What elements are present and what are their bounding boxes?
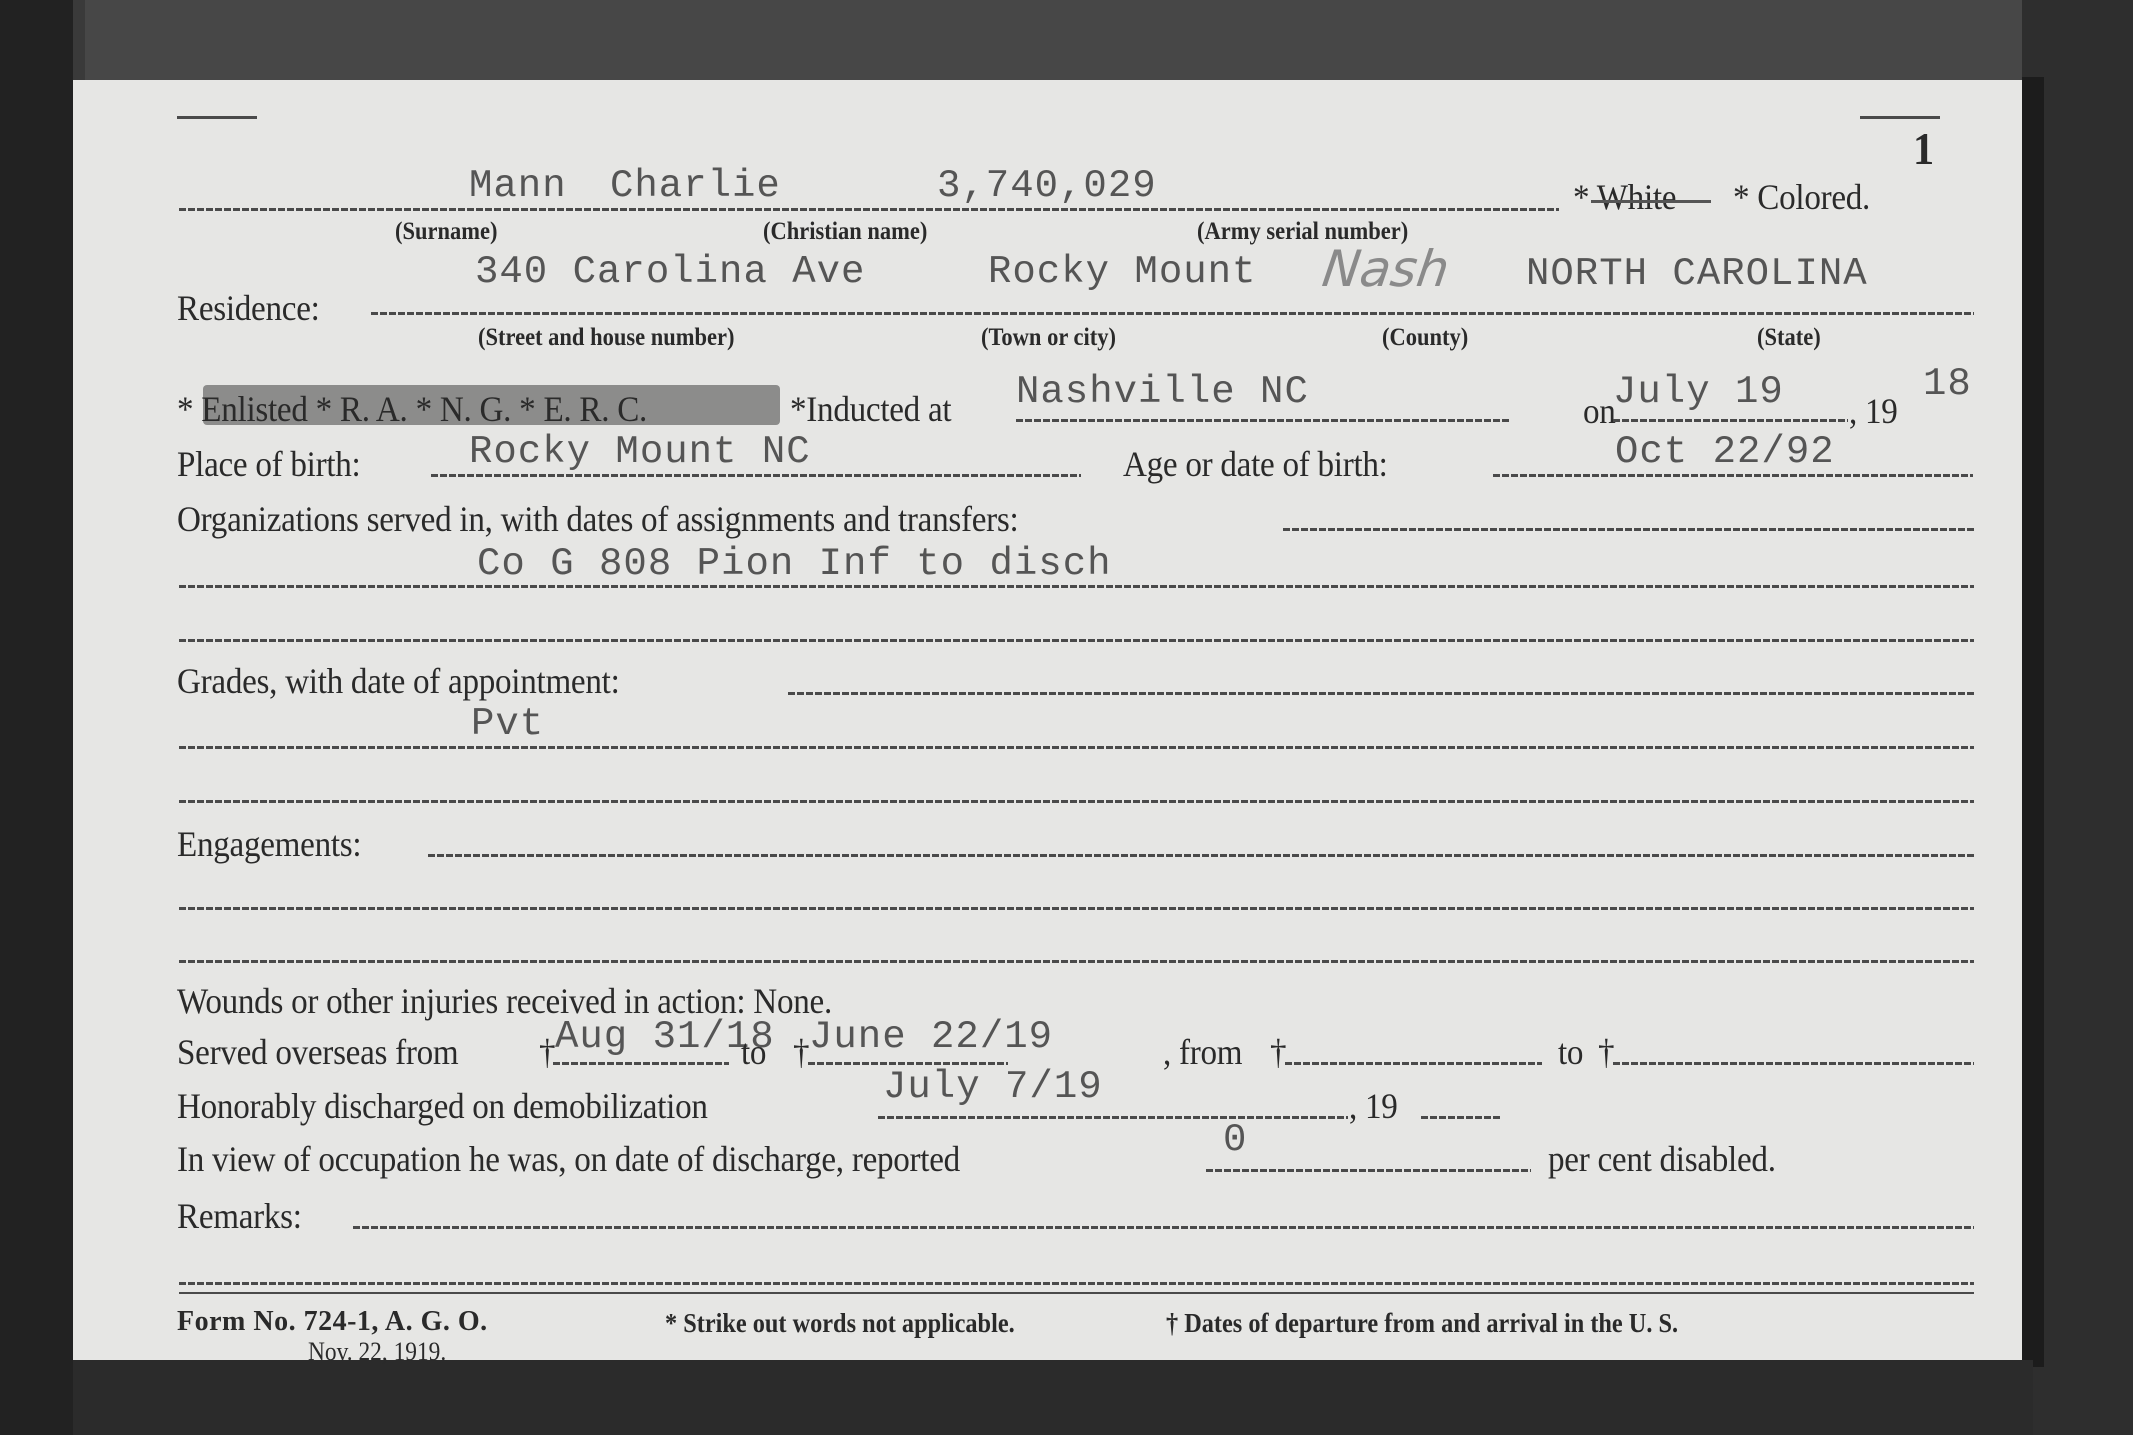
county-label: (County) (1382, 324, 1468, 352)
grades-label: Grades, with date of appointment: (177, 660, 620, 702)
serial-number-value: 3,740,029 (937, 164, 1157, 208)
disability-value: 0 (1223, 1118, 1247, 1162)
scan-background-bottom (73, 1360, 2033, 1435)
grades-line-1 (788, 692, 1974, 695)
discharge-date-value: July 7/19 (883, 1065, 1103, 1109)
disability-line (1206, 1169, 1531, 1172)
street-value: 340 Carolina Ave (475, 250, 865, 294)
overseas-to-value: June 22/19 (809, 1015, 1053, 1059)
place-of-birth-line (431, 474, 1081, 477)
overseas-to2-label: to (1558, 1031, 1583, 1073)
place-of-birth-label: Place of birth: (177, 443, 360, 485)
race-white-strikeout (1591, 200, 1711, 203)
state-label: (State) (1757, 324, 1821, 352)
enlistment-options: * Enlisted * R. A. * N. G. * E. R. C. (177, 388, 647, 430)
overseas-from2-label: , from (1163, 1031, 1242, 1073)
christian-name-label: (Christian name) (763, 218, 927, 246)
grades-line-2 (179, 746, 1974, 749)
overseas-to-label: to (741, 1031, 766, 1073)
induction-year-value: 18 (1923, 362, 1972, 406)
disability-suffix: per cent disabled. (1548, 1138, 1776, 1180)
date-of-birth-value: Oct 22/92 (1615, 430, 1835, 474)
place-of-birth-value: Rocky Mount NC (469, 430, 811, 474)
organizations-line-1 (1283, 528, 1974, 531)
engagements-line-3 (179, 960, 1974, 963)
town-value: Rocky Mount (988, 250, 1256, 294)
scan-background-left (0, 0, 73, 1435)
street-label: (Street and house number) (478, 324, 734, 352)
overseas-to2-line (1613, 1062, 1974, 1065)
state-value: NORTH CAROLINA (1526, 252, 1868, 296)
top-right-mark (1860, 116, 1940, 119)
overseas-from2-line (1285, 1062, 1542, 1065)
footer-separator (179, 1292, 1974, 1294)
remarks-line-2 (179, 1282, 1974, 1285)
form-date: Nov. 22, 1919. (308, 1337, 446, 1367)
induction-place-value: Nashville NC (1016, 370, 1309, 414)
engagements-label: Engagements: (177, 823, 361, 865)
race-colored-option: * Colored. (1733, 176, 1870, 218)
organizations-label: Organizations served in, with dates of a… (177, 498, 1018, 540)
discharge-label: Honorably discharged on demobilization (177, 1085, 708, 1127)
inducted-at-label: *Inducted at (790, 388, 951, 430)
overseas-from-dagger: † (539, 1031, 555, 1073)
surname-value: Mann (469, 164, 567, 208)
overseas-from-line (553, 1062, 729, 1065)
induction-on-label: on (1583, 390, 1616, 432)
engagements-line-2 (179, 907, 1974, 910)
surname-label: (Surname) (395, 218, 498, 246)
overseas-from2-dagger: † (1270, 1031, 1286, 1073)
discharge-date-line (878, 1116, 1348, 1119)
induction-date-value: July 19 (1613, 370, 1784, 414)
card-number: 1 (1913, 122, 1934, 175)
organizations-line-3 (179, 639, 1974, 642)
date-of-birth-line (1493, 474, 1973, 477)
remarks-label: Remarks: (177, 1195, 302, 1237)
form-number: Form No. 724-1, A. G. O. (177, 1306, 488, 1338)
discharge-year-prefix: , 19 (1349, 1085, 1398, 1127)
christian-name-value: Charlie (610, 164, 781, 208)
organizations-line-2 (179, 585, 1974, 588)
grades-value: Pvt (471, 702, 544, 746)
overseas-to-dagger: † (793, 1031, 809, 1073)
county-value: Nash (1319, 240, 1453, 298)
strike-out-note: * Strike out words not applicable. (665, 1308, 1015, 1339)
race-white-option: * White (1573, 176, 1676, 218)
scan-background-top (85, 0, 2045, 84)
grades-line-3 (179, 800, 1974, 803)
discharge-year-line (1421, 1116, 1501, 1119)
race-white-label: * White (1573, 177, 1676, 217)
residence-line (371, 312, 1974, 315)
dagger-note: † Dates of departure from and arrival in… (1166, 1308, 1678, 1339)
disability-label: In view of occupation he was, on date of… (177, 1138, 960, 1180)
engagements-line-1 (428, 854, 1974, 857)
remarks-line-1 (353, 1226, 1974, 1229)
organizations-value: Co G 808 Pion Inf to disch (477, 542, 1112, 586)
top-left-mark (177, 116, 257, 119)
service-record-card: 1 Mann Charlie 3,740,029 * White * Color… (73, 80, 2022, 1360)
residence-label: Residence: (177, 287, 320, 329)
town-label: (Town or city) (981, 324, 1116, 352)
date-of-birth-label: Age or date of birth: (1123, 443, 1388, 485)
overseas-label: Served overseas from (177, 1031, 458, 1073)
scan-background-edge (2022, 77, 2044, 1367)
induction-place-line (1016, 419, 1511, 422)
overseas-to2-dagger: † (1598, 1031, 1614, 1073)
induction-year-prefix: , 19 (1849, 390, 1898, 432)
induction-date-line (1613, 419, 1848, 422)
name-line (179, 208, 1559, 211)
